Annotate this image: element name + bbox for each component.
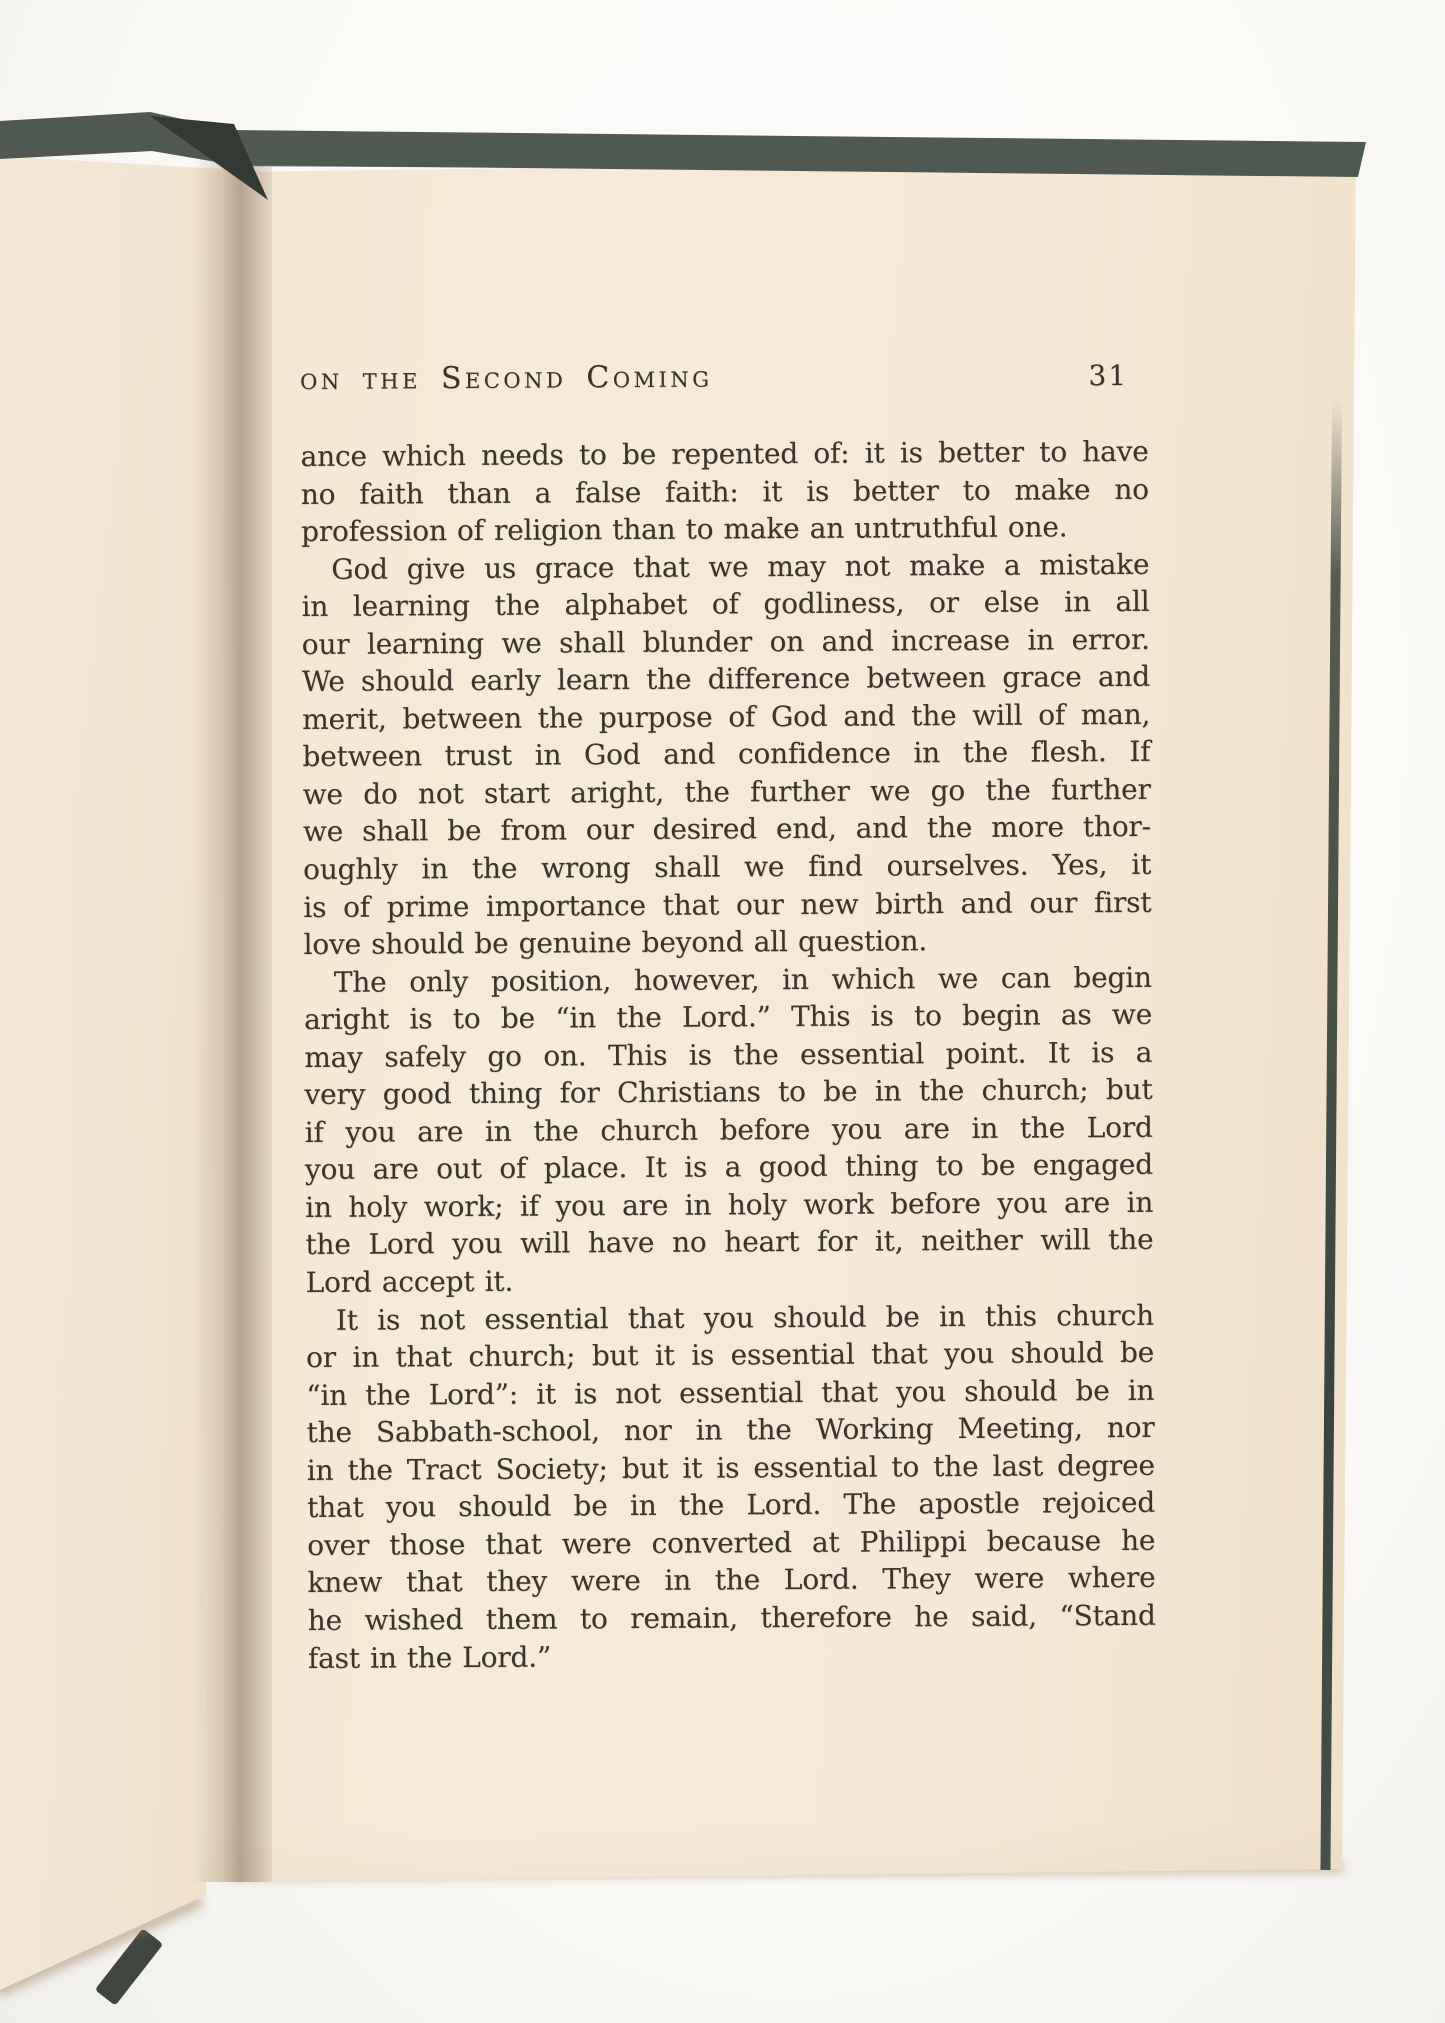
- body-line: aright is to be “in the Lord.” This is t…: [304, 996, 1152, 1039]
- body-line: “in the Lord”: it is not essential that …: [306, 1371, 1154, 1414]
- page-number: 31: [1088, 359, 1128, 392]
- body-line: fast in the Lord.”: [308, 1634, 1156, 1677]
- body-line: love should be genuine beyond all questi…: [303, 921, 1151, 964]
- gutter-shadow: [192, 158, 272, 1882]
- running-header: on the Second Coming: [300, 359, 713, 397]
- body-line: the Lord you will have no heart for it, …: [305, 1221, 1153, 1264]
- body-line: merit, between the purpose of God and th…: [302, 696, 1150, 739]
- page-header-row: on the Second Coming 31: [300, 355, 1148, 438]
- body-line: the Sabbath-school, nor in the Working M…: [306, 1409, 1154, 1452]
- body-line: oughly in the wrong shall we find oursel…: [303, 846, 1151, 889]
- body-line: It is not essential that you should be i…: [306, 1296, 1154, 1339]
- body-line: between trust in God and confidence in t…: [302, 733, 1150, 776]
- body-line: in the Tract Society; but it is essentia…: [307, 1447, 1155, 1490]
- body-line: knew that they were in the Lord. They we…: [307, 1559, 1155, 1602]
- body-line: over those that were converted at Philip…: [307, 1522, 1155, 1565]
- body-line: in learning the alphabet of godliness, o…: [301, 583, 1149, 626]
- body-line: our learning we shall blunder on and inc…: [302, 621, 1150, 664]
- body-line: he wished them to remain, therefore he s…: [308, 1597, 1156, 1640]
- body-line: we do not start aright, the further we g…: [303, 771, 1151, 814]
- body-line: you are out of place. It is a good thing…: [305, 1146, 1153, 1189]
- book-photo: Spurgeon's Sermons p. Let not my braves …: [0, 0, 1445, 2023]
- body-line: is of prime importance that our new birt…: [303, 883, 1151, 926]
- body-line: ance which needs to be repented of: it i…: [300, 433, 1148, 476]
- body-line: may safely go on. This is the essential …: [304, 1034, 1152, 1077]
- printed-text-area: on the Second Coming 31 ance which needs…: [300, 355, 1156, 1690]
- body-line: very good thing for Christians to be in …: [304, 1071, 1152, 1114]
- body-line: or in that church; but it is essential t…: [306, 1334, 1154, 1377]
- body-line: The only position, however, in which we …: [304, 958, 1152, 1001]
- body-line: Lord accept it.: [306, 1259, 1154, 1302]
- body-text: ance which needs to be repented of: it i…: [300, 433, 1156, 1677]
- body-line: God give us grace that we may not make a…: [301, 545, 1149, 588]
- body-line: no faith than a false faith: it is bette…: [301, 470, 1149, 513]
- body-line: we shall be from our desired end, and th…: [303, 808, 1151, 851]
- body-line: profession of religion than to make an u…: [301, 508, 1149, 551]
- body-line: in holy work; if you are in holy work be…: [305, 1184, 1153, 1227]
- body-line: if you are in the church before you are …: [305, 1109, 1153, 1152]
- body-line: We should early learn the difference bet…: [302, 658, 1150, 701]
- body-line: that you should be in the Lord. The apos…: [307, 1484, 1155, 1527]
